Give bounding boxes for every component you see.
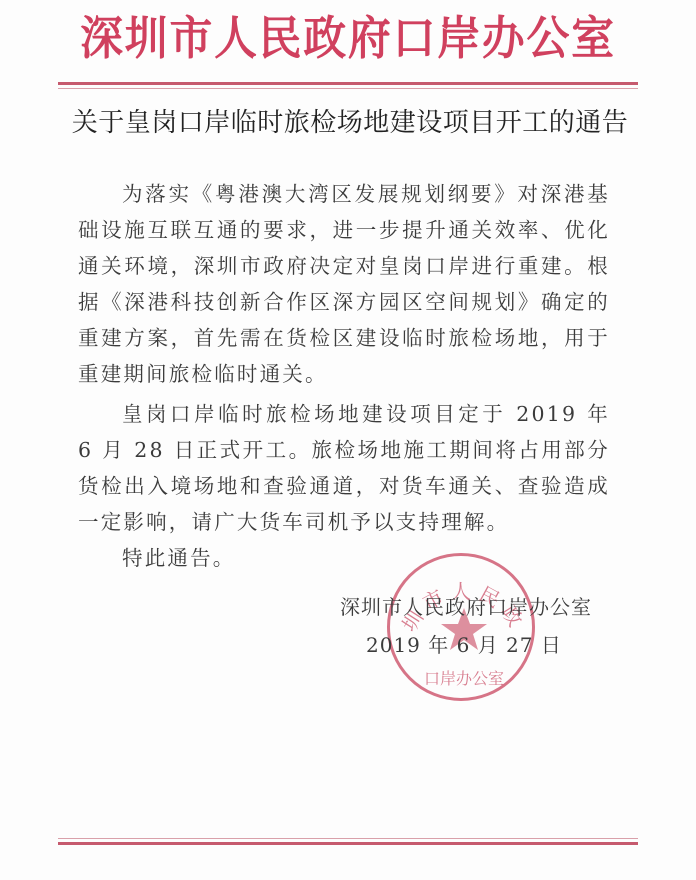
- paragraph: 皇岗口岸临时旅检场地建设项目定于 2019 年 6 月 28 日正式开工。旅检场…: [78, 396, 610, 540]
- letterhead-rule: [58, 82, 638, 85]
- paragraph: 特此通告。: [78, 540, 610, 576]
- footer-rule: [58, 842, 638, 845]
- paragraph: 为落实《粤港澳大湾区发展规划纲要》对深港基础设施互联互通的要求，进一步提升通关效…: [78, 176, 610, 392]
- document-body: 为落实《粤港澳大湾区发展规划纲要》对深港基础设施互联互通的要求，进一步提升通关效…: [78, 176, 610, 576]
- seal-bottom-text: 口岸办公室: [424, 669, 504, 688]
- document-title: 关于皇岗口岸临时旅检场地建设项目开工的通告: [60, 103, 640, 143]
- signature-date: 2019 年 6 月 27 日: [366, 629, 562, 658]
- letterhead-rule-thin: [58, 88, 638, 89]
- letterhead-organization: 深圳市人民政府口岸办公室: [24, 8, 671, 68]
- footer-rule-thin: [58, 838, 638, 839]
- signer-name: 深圳市人民政府口岸办公室: [340, 591, 592, 620]
